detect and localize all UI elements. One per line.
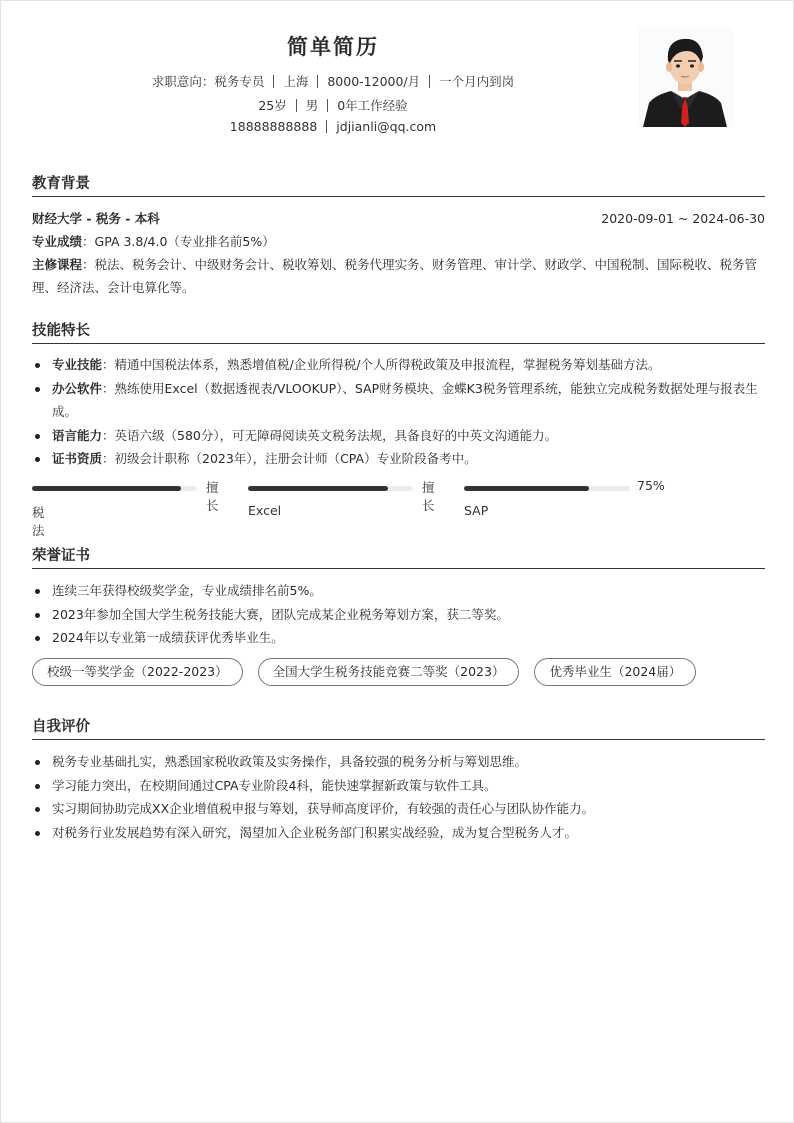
skill-label: 语言能力: [52, 428, 102, 443]
basic-info-line: 25岁男0年工作经验: [1, 96, 665, 114]
courses-label: 主修课程: [32, 257, 82, 272]
resume-title: 简单简历: [1, 31, 665, 61]
gpa-label: 专业成绩: [32, 234, 82, 249]
skill-name: SAP: [464, 503, 488, 518]
job-intent-line: 求职意向：税务专员上海8000-12000/月一个月内到岗: [1, 72, 665, 90]
list-item: 语言能力：英语六级（580分），可无障碍阅读英文税务法规，具备良好的中英文沟通能…: [32, 424, 765, 448]
separator: [317, 75, 318, 88]
honors-list: 连续三年获得校级奖学金，专业成绩排名前5%。 2023年参加全国大学生税务技能大…: [32, 579, 765, 650]
school-line: 财经大学 - 税务 - 本科: [32, 207, 160, 230]
section-title: 技能特长: [32, 320, 765, 344]
skills-list: 专业技能：精通中国税法体系，熟悉增值税/企业所得税/个人所得税政策及申报流程，掌…: [32, 353, 765, 471]
skill-bar-track: [32, 486, 197, 491]
separator: [327, 99, 328, 112]
skill-label: 专业技能: [52, 357, 102, 372]
honors-section: 荣誉证书 连续三年获得校级奖学金，专业成绩排名前5%。 2023年参加全国大学生…: [32, 545, 765, 686]
separator: [429, 75, 430, 88]
separator: [296, 99, 297, 112]
courses-value: ：税法、税务会计、中级财务会计、税收筹划、税务代理实务、财务管理、审计学、财政学…: [32, 257, 757, 295]
job-city: 上海: [283, 74, 308, 89]
honor-tag: 优秀毕业生（2024届）: [534, 658, 696, 686]
separator: [326, 120, 327, 133]
skill-bar-fill: [32, 486, 181, 491]
section-title: 教育背景: [32, 173, 765, 197]
skill-text: ：精通中国税法体系，熟悉增值税/企业所得税/个人所得税政策及申报流程，掌握税务筹…: [102, 357, 660, 372]
skill-level: 擅长: [206, 478, 219, 514]
resume-header: 简单简历 求职意向：税务专员上海8000-12000/月一个月内到岗 25岁男0…: [1, 1, 794, 151]
list-item: 专业技能：精通中国税法体系，熟悉增值税/企业所得税/个人所得税政策及申报流程，掌…: [32, 353, 765, 377]
job-salary: 8000-12000/月: [327, 74, 420, 89]
list-item: 税务专业基础扎实，熟悉国家税收政策及实务操作，具备较强的税务分析与筹划思维。: [32, 750, 765, 774]
gpa-line: 专业成绩：GPA 3.8/4.0（专业排名前5%）: [32, 230, 765, 253]
education-entry-header: 财经大学 - 税务 - 本科 2020-09-01 ~ 2024-06-30: [32, 207, 765, 230]
skill-level: 75%: [637, 478, 665, 493]
contact-line: 18888888888jdjianli@qq.com: [1, 119, 665, 134]
skill-label: 办公软件: [52, 381, 102, 396]
list-item: 实习期间协助完成XX企业增值税申报与筹划，获导师高度评价，有较强的责任心与团队协…: [32, 797, 765, 821]
experience: 0年工作经验: [337, 98, 407, 113]
phone: 18888888888: [230, 119, 317, 134]
self-evaluation-section: 自我评价 税务专业基础扎实，熟悉国家税收政策及实务操作，具备较强的税务分析与筹划…: [32, 716, 765, 844]
list-item: 证书资质：初级会计职称（2023年），注册会计师（CPA）专业阶段备考中。: [32, 447, 765, 471]
skill-bar-track: [248, 486, 413, 491]
skill-text: ：熟练使用Excel（数据透视表/VLOOKUP）、SAP财务模块、金蝶K3税务…: [52, 381, 758, 420]
skill-level: 擅长: [422, 478, 435, 514]
section-title: 自我评价: [32, 716, 765, 740]
honor-tag: 校级一等奖学金（2022-2023）: [32, 658, 243, 686]
self-evaluation-list: 税务专业基础扎实，熟悉国家税收政策及实务操作，具备较强的税务分析与筹划思维。 学…: [32, 750, 765, 844]
list-item: 对税务行业发展趋势有深入研究，渴望加入企业税务部门积累实战经验，成为复合型税务人…: [32, 821, 765, 845]
skill-label: 证书资质: [52, 451, 102, 466]
skill-name: Excel: [248, 503, 281, 518]
honor-tags: 校级一等奖学金（2022-2023） 全国大学生税务技能竞赛二等奖（2023） …: [32, 658, 765, 686]
skill-bar-fill: [464, 486, 589, 491]
age: 25岁: [258, 98, 286, 113]
skills-section: 技能特长 专业技能：精通中国税法体系，熟悉增值税/企业所得税/个人所得税政策及申…: [32, 320, 765, 521]
education-section: 教育背景 财经大学 - 税务 - 本科 2020-09-01 ~ 2024-06…: [32, 173, 765, 299]
list-item: 学习能力突出，在校期间通过CPA专业阶段4科，能快速掌握新政策与软件工具。: [32, 774, 765, 798]
gender: 男: [306, 98, 319, 113]
list-item: 2023年参加全国大学生税务技能大赛，团队完成某企业税务筹划方案，获二等奖。: [32, 603, 765, 627]
avatar-photo-icon: [637, 27, 733, 127]
job-intent: 求职意向：税务专员: [152, 74, 265, 89]
courses-line: 主修课程：税法、税务会计、中级财务会计、税收筹划、税务代理实务、财务管理、审计学…: [32, 253, 765, 299]
education-date: 2020-09-01 ~ 2024-06-30: [601, 207, 765, 230]
list-item: 办公软件：熟练使用Excel（数据透视表/VLOOKUP）、SAP财务模块、金蝶…: [32, 377, 765, 424]
list-item: 连续三年获得校级奖学金，专业成绩排名前5%。: [32, 579, 765, 603]
skill-text: ：英语六级（580分），可无障碍阅读英文税务法规，具备良好的中英文沟通能力。: [102, 428, 557, 443]
skill-text: ：初级会计职称（2023年），注册会计师（CPA）专业阶段备考中。: [102, 451, 477, 466]
section-title: 荣誉证书: [32, 545, 765, 569]
job-availability: 一个月内到岗: [439, 74, 514, 89]
resume-page: 简单简历 求职意向：税务专员上海8000-12000/月一个月内到岗 25岁男0…: [0, 0, 794, 1123]
skill-name: 税法: [32, 503, 45, 539]
list-item: 2024年以专业第一成绩获评优秀毕业生。: [32, 626, 765, 650]
email: jdjianli@qq.com: [336, 119, 436, 134]
skill-bar-track: [464, 486, 630, 491]
honor-tag: 全国大学生税务技能竞赛二等奖（2023）: [258, 658, 520, 686]
avatar: [637, 27, 733, 127]
skill-bar-fill: [248, 486, 388, 491]
gpa-value: ：GPA 3.8/4.0（专业排名前5%）: [82, 234, 275, 249]
separator: [273, 75, 274, 88]
skill-bars: 擅长 税法 擅长 Excel 75% SAP: [32, 477, 765, 521]
